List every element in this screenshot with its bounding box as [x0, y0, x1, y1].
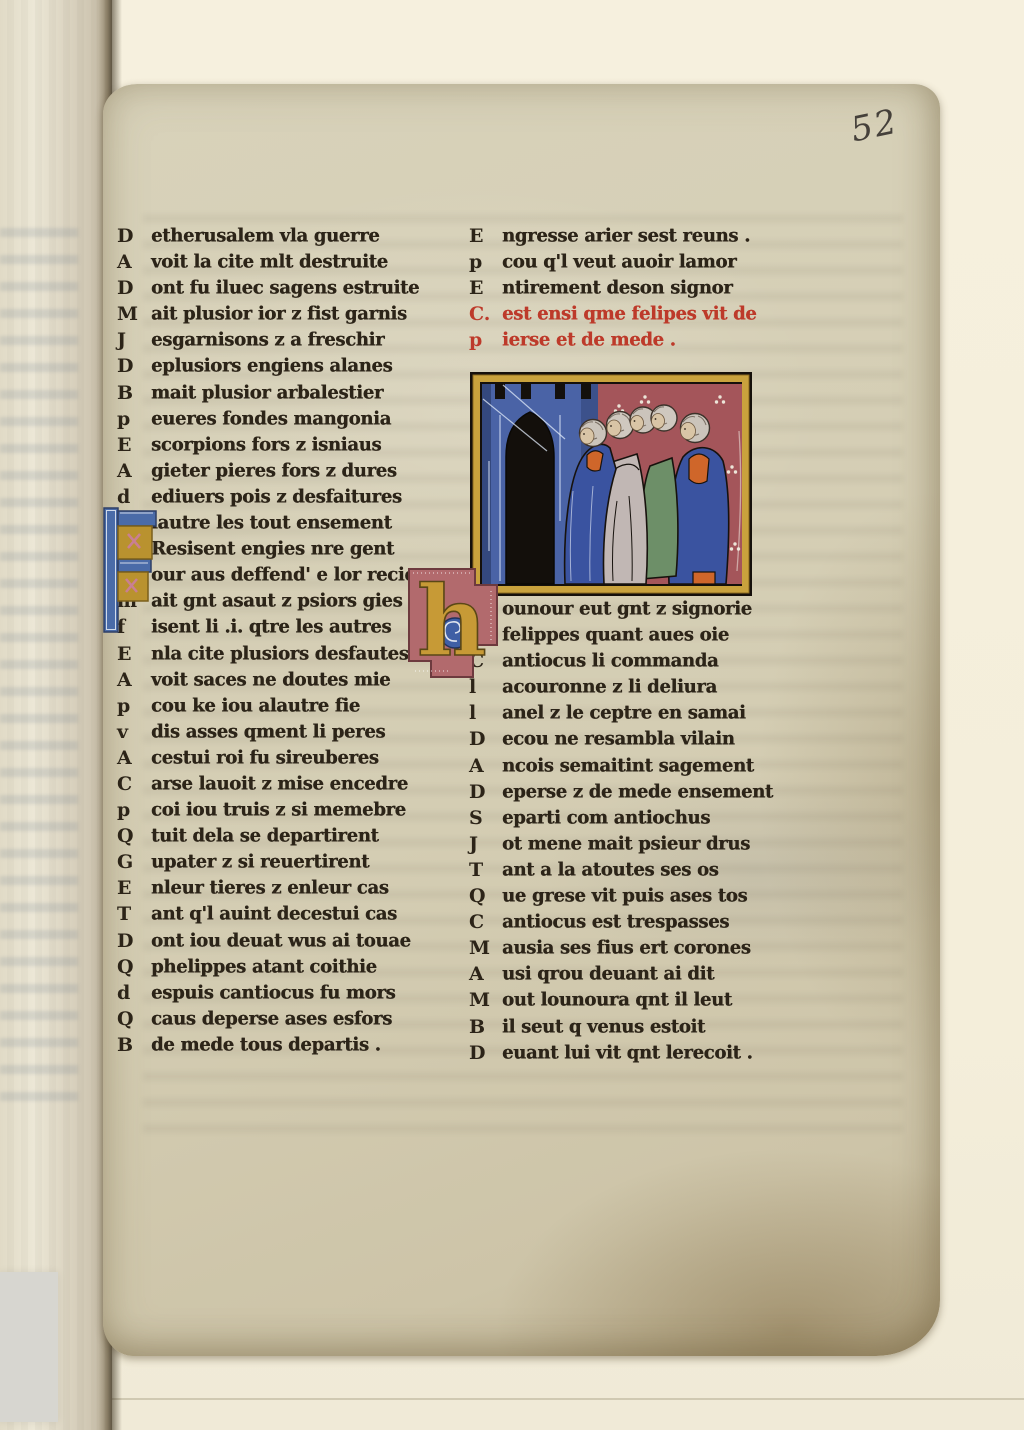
line-text: ediuers pois z desfaitures: [151, 486, 402, 513]
line-initial-letter: p: [117, 799, 151, 825]
line-initial-letter: l: [469, 702, 502, 728]
line-initial-letter: Q: [117, 956, 151, 982]
parchment-page: 52 D etherusalem vla guerre A voit la ci…: [103, 84, 940, 1356]
manuscript-line: J esgarnisons z a freschir: [117, 329, 453, 355]
line-initial-letter: Q: [117, 825, 151, 851]
line-initial-letter: T: [117, 903, 151, 929]
manuscript-line: G upater z si reuertirent: [117, 851, 453, 877]
manuscript-photo: { "page": { "folio_number": "52", "ink_c…: [0, 0, 1024, 1430]
manuscript-line: S eparti com antiochus: [469, 807, 775, 833]
line-text: Resisent engies nre gent: [151, 538, 394, 565]
line-text: eplusiors engiens alanes: [151, 355, 392, 382]
line-text: upater z si reuertirent: [151, 851, 369, 878]
line-text: ntirement deson signor: [502, 277, 732, 304]
manuscript-line: B mait plusior arbalestier: [117, 382, 453, 408]
line-initial-letter: D: [469, 728, 502, 754]
manuscript-line: B il seut q venus estoit: [469, 1016, 775, 1042]
manuscript-line: d ediuers pois z desfaitures: [117, 486, 453, 512]
line-text: ecou ne resambla vilain: [502, 728, 735, 755]
line-initial-letter: p: [469, 329, 502, 355]
line-text: ont iou deuat wus ai touae: [151, 930, 411, 957]
manuscript-line: A gieter pieres fors z dures: [117, 460, 453, 486]
manuscript-line: B de mede tous departis .: [117, 1034, 453, 1060]
manuscript-line: E ntirement deson signor: [469, 277, 769, 303]
line-text: usi qrou deuant ai dit: [502, 963, 714, 990]
line-initial-letter: E: [469, 225, 502, 251]
line-text: antiocus li commanda: [502, 650, 718, 677]
manuscript-line: D eplusiors engiens alanes: [117, 355, 453, 381]
head: [580, 420, 607, 447]
right-text-column-top: E ngresse arier sest reuns . p cou q'l v…: [469, 225, 769, 355]
manuscript-line: v dis asses qment li peres: [117, 721, 453, 747]
line-text: gieter pieres fors z dures: [151, 460, 397, 487]
manuscript-line: D eperse z de mede ensement: [469, 781, 775, 807]
manuscript-line: l acouronne z li deliura: [469, 676, 775, 702]
line-text: scorpions fors z isniaus: [151, 434, 381, 461]
manuscript-line: Resisent engies nre gent: [117, 538, 453, 564]
line-text: cou q'l veut auoir lamor: [502, 251, 736, 278]
line-text: cou ke iou alautre fie: [151, 695, 360, 722]
manuscript-line: felippes quant aues oie: [469, 624, 775, 650]
head: [607, 412, 634, 439]
line-initial-letter: Q: [469, 885, 502, 911]
manuscript-line: M out lounoura qnt il leut: [469, 989, 775, 1015]
decorated-initial-h: h: [403, 563, 505, 683]
line-text: lautre les tout ensement: [151, 512, 392, 539]
line-initial-letter: v: [117, 721, 151, 747]
line-initial-letter: E: [117, 643, 151, 669]
head: [651, 405, 677, 431]
initial-h-letter: h: [417, 565, 487, 678]
facing-page-lower-edge: [0, 1272, 58, 1422]
line-initial-letter: A: [117, 747, 151, 773]
line-initial-letter: T: [469, 859, 502, 885]
folio-number: 52: [847, 102, 902, 151]
line-text: felippes quant aues oie: [502, 624, 729, 651]
line-initial-letter: A: [117, 460, 151, 486]
line-initial-letter: D: [117, 225, 151, 251]
manuscript-line: D ont fu iluec sagens estruite: [117, 277, 453, 303]
manuscript-line: A voit la cite mlt destruite: [117, 251, 453, 277]
line-text: ue grese vit puis ases tos: [502, 885, 747, 912]
manuscript-line: D etherusalem vla guerre: [117, 225, 453, 251]
facing-page-bleedthrough-text: [0, 228, 78, 1118]
orange-collar-left: [587, 451, 603, 471]
manuscript-line: T ant q'l auint decestui cas: [117, 903, 453, 929]
line-initial-letter: D: [117, 277, 151, 303]
line-text: eueres fondes mangonia: [151, 408, 391, 435]
line-initial-letter: C: [469, 911, 502, 937]
line-initial-letter: A: [469, 963, 502, 989]
orange-hem: [693, 572, 715, 584]
manuscript-line: Q phelippes atant coithie: [117, 956, 453, 982]
line-initial-letter: B: [117, 1034, 151, 1060]
manuscript-line: p ierse et de mede .: [469, 329, 769, 355]
manuscript-line: E nleur tieres z enleur cas: [117, 877, 453, 903]
manuscript-line: C antiocus li commanda: [469, 650, 775, 676]
line-initial-letter: G: [117, 851, 151, 877]
line-text: ierse et de mede .: [502, 329, 676, 356]
manuscript-line: A ncois semaitint sagement: [469, 755, 775, 781]
line-text: dis asses qment li peres: [151, 721, 385, 748]
manuscript-line: p cou ke iou alautre fie: [117, 695, 453, 721]
line-initial-letter: A: [117, 669, 151, 695]
manuscript-line: l anel z le ceptre en samai: [469, 702, 775, 728]
right-text-column-bottom: ounour eut gnt z signorie felippes quant…: [469, 598, 775, 1068]
line-initial-letter: A: [469, 755, 502, 781]
line-initial-letter: E: [117, 877, 151, 903]
line-text: isent li .i. qtre les autres: [151, 616, 391, 643]
line-text: phelippes atant coithie: [151, 956, 377, 983]
line-initial-letter: M: [469, 937, 502, 963]
line-initial-letter: M: [117, 303, 151, 329]
line-text: espuis cantiocus fu mors: [151, 982, 395, 1009]
manuscript-line: M ait plusior ior z fist garnis: [117, 303, 453, 329]
line-text: ant a la atoutes ses os: [502, 859, 719, 886]
line-initial-letter: Q: [117, 1008, 151, 1034]
line-text: ot mene mait psieur drus: [502, 833, 750, 860]
line-text: ounour eut gnt z signorie: [502, 598, 752, 625]
manuscript-line: E scorpions fors z isniaus: [117, 434, 453, 460]
line-initial-letter: d: [117, 982, 151, 1008]
manuscript-line: A cestui roi fu sireuberes: [117, 747, 453, 773]
line-text: est ensi qme felipes vit de: [502, 303, 756, 330]
manuscript-line: p coi iou truis z si memebre: [117, 799, 453, 825]
line-initial-letter: B: [469, 1016, 502, 1042]
line-text: ngresse arier sest reuns .: [502, 225, 750, 252]
decorated-initial-f: [97, 503, 163, 637]
line-initial-letter: C.: [469, 303, 502, 329]
line-initial-letter: J: [117, 329, 151, 355]
orange-tunic-right: [689, 454, 709, 484]
manuscript-line: Q caus deperse ases esfors: [117, 1008, 453, 1034]
manuscript-line: Q tuit dela se departirent: [117, 825, 453, 851]
line-text: ont fu iluec sagens estruite: [151, 277, 419, 304]
line-text: mait plusior arbalestier: [151, 382, 383, 409]
manuscript-line: M ausia ses fius ert corones: [469, 937, 775, 963]
manuscript-line: E ngresse arier sest reuns .: [469, 225, 769, 251]
line-initial-letter: J: [469, 833, 502, 859]
line-text: nleur tieres z enleur cas: [151, 877, 389, 904]
line-text: ncois semaitint sagement: [502, 755, 754, 782]
line-text: eperse z de mede ensement: [502, 781, 773, 808]
wall-shade-left: [482, 384, 491, 584]
line-text: il seut q venus estoit: [502, 1016, 705, 1043]
line-initial-letter: D: [469, 781, 502, 807]
manuscript-line: C. est ensi qme felipes vit de: [469, 303, 769, 329]
line-text: acouronne z li deliura: [502, 676, 717, 703]
line-text: de mede tous departis .: [151, 1034, 381, 1061]
line-text: anel z le ceptre en samai: [502, 702, 746, 729]
manuscript-line: D ecou ne resambla vilain: [469, 728, 775, 754]
line-initial-letter: p: [117, 408, 151, 434]
line-initial-letter: E: [117, 434, 151, 460]
manuscript-line: Q ue grese vit puis ases tos: [469, 885, 775, 911]
line-text: cestui roi fu sireuberes: [151, 747, 379, 774]
line-text: tuit dela se departirent: [151, 825, 379, 852]
manuscript-line: A usi qrou deuant ai dit: [469, 963, 775, 989]
line-initial-letter: D: [117, 355, 151, 381]
line-initial-letter: E: [469, 277, 502, 303]
line-initial-letter: C: [117, 773, 151, 799]
manuscript-line: C antiocus est trespasses: [469, 911, 775, 937]
line-text: ausia ses fius ert corones: [502, 937, 751, 964]
line-text: eparti com antiochus: [502, 807, 710, 834]
line-text: esgarnisons z a freschir: [151, 329, 384, 356]
line-text: voit saces ne doutes mie: [151, 669, 390, 696]
head: [681, 414, 710, 443]
line-text: nla cite plusiors desfautes: [151, 643, 409, 670]
line-text: euant lui vit qnt lerecoit .: [502, 1042, 753, 1069]
line-initial-letter: S: [469, 807, 502, 833]
backing-sheet-edge: [0, 1398, 1024, 1400]
manuscript-line: C arse lauoit z mise encedre: [117, 773, 453, 799]
manuscript-line: T ant a la atoutes ses os: [469, 859, 775, 885]
line-text: arse lauoit z mise encedre: [151, 773, 408, 800]
line-initial-letter: D: [117, 930, 151, 956]
line-text: ant q'l auint decestui cas: [151, 903, 397, 930]
miniature-painting: [469, 371, 753, 597]
manuscript-line: D ont iou deuat wus ai touae: [117, 930, 453, 956]
line-text: etherusalem vla guerre: [151, 225, 379, 252]
line-text: antiocus est trespasses: [502, 911, 729, 938]
line-initial-letter: D: [469, 1042, 502, 1068]
manuscript-line: d espuis cantiocus fu mors: [117, 982, 453, 1008]
line-initial-letter: p: [469, 251, 502, 277]
line-initial-letter: B: [117, 382, 151, 408]
miniature-scene: [482, 384, 742, 584]
line-initial-letter: A: [117, 251, 151, 277]
line-text: ait gnt asaut z psiors gies: [151, 590, 402, 617]
line-text: our aus deffend' e lor recies: [151, 564, 425, 591]
line-initial-letter: M: [469, 989, 502, 1015]
manuscript-line: p eueres fondes mangonia: [117, 408, 453, 434]
line-text: caus deperse ases esfors: [151, 1008, 392, 1035]
line-text: coi iou truis z si memebre: [151, 799, 406, 826]
manuscript-line: p cou q'l veut auoir lamor: [469, 251, 769, 277]
line-text: voit la cite mlt destruite: [151, 251, 388, 278]
line-initial-letter: p: [117, 695, 151, 721]
line-text: out lounoura qnt il leut: [502, 989, 732, 1016]
manuscript-line: lautre les tout ensement: [117, 512, 453, 538]
manuscript-line: D euant lui vit qnt lerecoit .: [469, 1042, 775, 1068]
line-text: ait plusior ior z fist garnis: [151, 303, 407, 330]
manuscript-line: ounour eut gnt z signorie: [469, 598, 775, 624]
manuscript-line: J ot mene mait psieur drus: [469, 833, 775, 859]
